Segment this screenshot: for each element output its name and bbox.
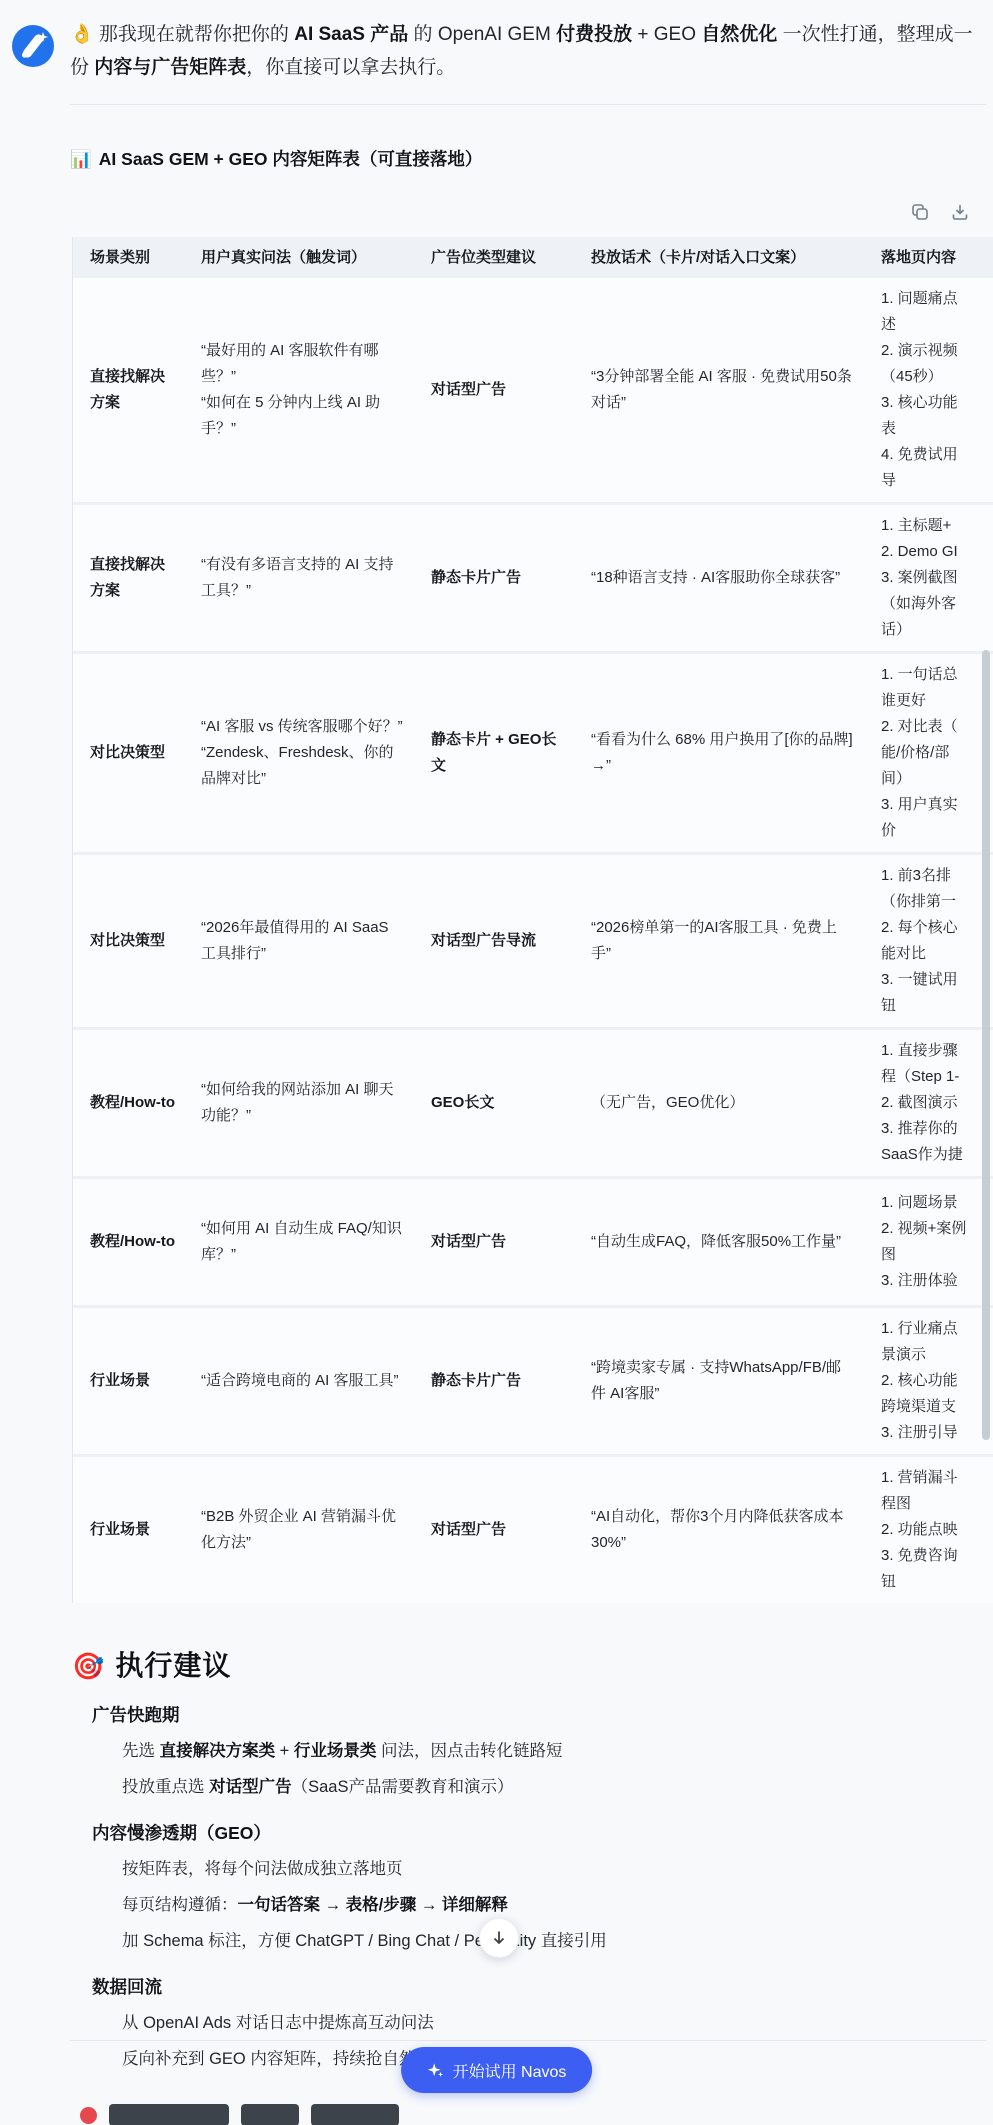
table-row: 行业场景“B2B 外贸企业 AI 营销漏斗优化方法”对话型广告“AI自动化，帮你… — [73, 1454, 993, 1603]
arrow-down-icon — [490, 1929, 508, 1947]
suggestion-item: 加 Schema 标注，方便 ChatGPT / Bing Chat / Per… — [122, 1931, 952, 1952]
clipped-text — [311, 2104, 399, 2125]
text-segment: 的 OpenAI GEM — [408, 24, 556, 45]
column-header: 落地页内容 — [866, 240, 993, 273]
cell-ad-copy: “跨境卖家专属 · 支持WhatsApp/FB/邮件 AI客服” — [576, 1347, 866, 1415]
table-row: 对比决策型“2026年最值得用的 AI SaaS 工具排行”对话型广告导流“20… — [73, 852, 993, 1027]
cell-user-questions: “有没有多语言支持的 AI 支持工具？” — [186, 544, 416, 612]
cell-user-questions: “如何用 AI 自动生成 FAQ/知识库？” — [186, 1208, 416, 1276]
cell-ad-type: 对话型广告 — [416, 369, 576, 411]
text-segment: 内容与广告矩阵表 — [94, 57, 246, 78]
cell-user-questions: “2026年最值得用的 AI SaaS 工具排行” — [186, 907, 416, 975]
table-row: 对比决策型“AI 客服 vs 传统客服哪个好？” “Zendesk、Freshd… — [73, 651, 993, 852]
clipped-text — [109, 2104, 229, 2125]
cell-category: 直接找解决方案 — [73, 544, 186, 612]
table-title: 📊AI SaaS GEM + GEO 内容矩阵表（可直接落地） — [70, 146, 482, 171]
cell-ad-copy: “3分钟部署全能 AI 客服 · 免费试用50条对话” — [576, 356, 866, 424]
bar-chart-emoji-icon: 📊 — [70, 149, 92, 169]
column-header: 投放话术（卡片/对话入口文案） — [576, 240, 866, 273]
cell-ad-copy: “18种语言支持 · AI客服助你全球获客” — [576, 557, 866, 599]
download-icon — [950, 202, 970, 222]
text-segment: AI SaaS 产品 — [294, 24, 408, 45]
cell-ad-copy: “看看为什么 68% 用户换用了[你的品牌] →” — [576, 719, 866, 787]
cell-landing-content: 1. 问题痛点 述 2. 演示视频 （45秒） 3. 核心功能 表 4. 免费试… — [866, 278, 993, 502]
navos-logo-icon — [11, 24, 55, 68]
avatar — [11, 24, 55, 68]
table-row: 教程/How-to“如何用 AI 自动生成 FAQ/知识库？”对话型广告“自动生… — [73, 1176, 993, 1305]
text-segment: 每页结构遵循： — [122, 1896, 238, 1914]
text-segment: 对话型广告 — [209, 1778, 292, 1796]
column-header: 用户真实问法（触发词） — [186, 240, 416, 273]
text-segment: （SaaS产品需要教育和演示） — [292, 1778, 514, 1796]
suggestion-item: 每页结构遵循：一句话答案 → 表格/步骤 → 详细解释 — [122, 1895, 952, 1916]
cell-ad-type: 静态卡片广告 — [416, 1360, 576, 1402]
text-segment: + GEO — [632, 24, 701, 45]
divider — [70, 2040, 986, 2041]
suggestion-group-title: 广告快跑期 — [92, 1702, 952, 1727]
cell-ad-type: 对话型广告导流 — [416, 920, 576, 962]
text-segment: 付费投放 — [556, 24, 632, 45]
cell-user-questions: “最好用的 AI 客服软件有哪些？” “如何在 5 分钟内上线 AI 助手？” — [186, 330, 416, 450]
cell-ad-copy: “AI自动化，帮你3个月内降低获客成本30%” — [576, 1496, 866, 1564]
copy-icon — [910, 202, 930, 222]
cell-ad-copy: “自动生成FAQ，降低客服50%工作量” — [576, 1221, 866, 1263]
text-segment: 投放重点选 — [122, 1778, 209, 1796]
cell-landing-content: 1. 问题场景 2. 视频+案例 图 3. 注册体验 — [866, 1182, 993, 1302]
cell-user-questions: “AI 客服 vs 传统客服哪个好？” “Zendesk、Freshdesk、你… — [186, 706, 416, 800]
target-emoji-icon: 🎯 — [72, 1651, 105, 1681]
suggestion-group: 内容慢渗透期（GEO）按矩阵表，将每个问法做成独立落地页每页结构遵循：一句话答案… — [92, 1820, 952, 1952]
cell-landing-content: 1. 前3名排 （你排第一 2. 每个核心 能对比 3. 一键试用 钮 — [866, 855, 993, 1027]
suggestion-item: 先选 直接解决方案类 + 行业场景类 问法，因点击转化链路短 — [122, 1741, 952, 1762]
suggestion-item: 投放重点选 对话型广告（SaaS产品需要教育和演示） — [122, 1777, 952, 1798]
download-button[interactable] — [948, 200, 972, 224]
cell-landing-content: 1. 一句话总 谁更好 2. 对比表（ 能/价格/部 间） 3. 用户真实 价 — [866, 654, 993, 852]
cell-category: 教程/How-to — [73, 1082, 186, 1124]
clipped-text — [241, 2104, 299, 2125]
text-segment: 从 OpenAI Ads 对话日志中提炼高互动问法 — [122, 2014, 434, 2032]
text-segment: 按矩阵表，将每个问法做成独立落地页 — [122, 1860, 403, 1878]
divider — [70, 104, 986, 105]
red-dot-icon — [80, 2107, 97, 2124]
cell-category: 对比决策型 — [73, 732, 186, 774]
cell-ad-type: GEO长文 — [416, 1082, 576, 1124]
table-row: 直接找解决方案“有没有多语言支持的 AI 支持工具？”静态卡片广告“18种语言支… — [73, 502, 993, 651]
copy-button[interactable] — [908, 200, 932, 224]
cell-landing-content: 1. 主标题+ 2. Demo GI 3. 案例截图 （如海外客 话） — [866, 505, 993, 651]
cell-category: 教程/How-to — [73, 1221, 186, 1263]
sparkle-icon — [427, 2062, 444, 2079]
table-row: 直接找解决方案“最好用的 AI 客服软件有哪些？” “如何在 5 分钟内上线 A… — [73, 275, 993, 502]
column-header: 广告位类型建议 — [416, 240, 576, 273]
text-segment: ，你直接可以拿去执行。 — [246, 57, 455, 78]
cell-user-questions: “B2B 外贸企业 AI 营销漏斗优化方法” — [186, 1496, 416, 1564]
start-trial-button[interactable]: 开始试用 Navos — [401, 2047, 593, 2093]
cell-ad-copy: （无广告，GEO优化） — [576, 1082, 866, 1124]
suggestion-item: 从 OpenAI Ads 对话日志中提炼高互动问法 — [122, 2013, 952, 2034]
cell-user-questions: “如何给我的网站添加 AI 聊天功能？” — [186, 1069, 416, 1137]
cell-ad-type: 对话型广告 — [416, 1509, 576, 1551]
cell-landing-content: 1. 行业痛点 景演示 2. 核心功能 跨境渠道支 3. 注册引导 — [866, 1308, 993, 1454]
cell-landing-content: 1. 营销漏斗 程图 2. 功能点映 3. 免费咨询 钮 — [866, 1457, 993, 1603]
cell-ad-type: 静态卡片 + GEO长文 — [416, 719, 576, 787]
text-segment: 自然优化 — [701, 24, 777, 45]
column-header: 场景类别 — [73, 240, 186, 273]
table-toolbar — [908, 200, 972, 224]
text-segment: 先选 — [122, 1742, 160, 1760]
chat-page: 👌 那我现在就帮你把你的 AI SaaS 产品 的 OpenAI GEM 付费投… — [0, 0, 993, 2125]
text-segment: 加 Schema 标注，方便 ChatGPT / Bing Chat / Per… — [122, 1932, 607, 1950]
cell-ad-type: 静态卡片广告 — [416, 557, 576, 599]
scroll-to-bottom-button[interactable] — [479, 1918, 519, 1958]
suggestion-group-title: 内容慢渗透期（GEO） — [92, 1820, 952, 1845]
suggestions-list: 广告快跑期先选 直接解决方案类 + 行业场景类 问法，因点击转化链路短投放重点选… — [92, 1702, 952, 2092]
text-segment: + — [275, 1742, 294, 1760]
table-header-row: 场景类别用户真实问法（触发词）广告位类型建议投放话术（卡片/对话入口文案）落地页… — [73, 237, 993, 275]
suggestion-group-title: 数据回流 — [92, 1974, 952, 1999]
matrix-table: 场景类别用户真实问法（触发词）广告位类型建议投放话术（卡片/对话入口文案）落地页… — [72, 237, 993, 1603]
suggestion-item: 按矩阵表，将每个问法做成独立落地页 — [122, 1859, 952, 1880]
table-row: 行业场景“适合跨境电商的 AI 客服工具”静态卡片广告“跨境卖家专属 · 支持W… — [73, 1305, 993, 1454]
text-segment: 行业场景类 — [294, 1742, 377, 1760]
cell-user-questions: “适合跨境电商的 AI 客服工具” — [186, 1360, 416, 1402]
suggestions-title: 🎯执行建议 — [72, 1644, 231, 1684]
start-trial-label: 开始试用 Navos — [453, 2059, 567, 2082]
table-row: 教程/How-to“如何给我的网站添加 AI 聊天功能？”GEO长文（无广告，G… — [73, 1027, 993, 1176]
cell-category: 对比决策型 — [73, 920, 186, 962]
clipped-bottom-row — [80, 2104, 399, 2125]
cell-ad-type: 对话型广告 — [416, 1221, 576, 1263]
suggestion-group: 广告快跑期先选 直接解决方案类 + 行业场景类 问法，因点击转化链路短投放重点选… — [92, 1702, 952, 1798]
cell-ad-copy: “2026榜单第一的AI客服工具 · 免费上手” — [576, 907, 866, 975]
cell-category: 直接找解决方案 — [73, 356, 186, 424]
scrollbar-thumb[interactable] — [982, 650, 990, 1440]
text-segment: 直接解决方案类 — [160, 1742, 276, 1760]
text-segment: 一句话答案 → 表格/步骤 → 详细解释 — [238, 1896, 508, 1914]
assistant-intro-text: 👌 那我现在就帮你把你的 AI SaaS 产品 的 OpenAI GEM 付费投… — [70, 18, 986, 84]
cell-category: 行业场景 — [73, 1509, 186, 1551]
cell-category: 行业场景 — [73, 1360, 186, 1402]
text-segment: 问法，因点击转化链路短 — [376, 1742, 562, 1760]
text-segment: 👌 那我现在就帮你把你的 — [70, 24, 294, 45]
cell-landing-content: 1. 直接步骤 程（Step 1- 2. 截图演示 3. 推荐你的 SaaS作为… — [866, 1030, 993, 1176]
